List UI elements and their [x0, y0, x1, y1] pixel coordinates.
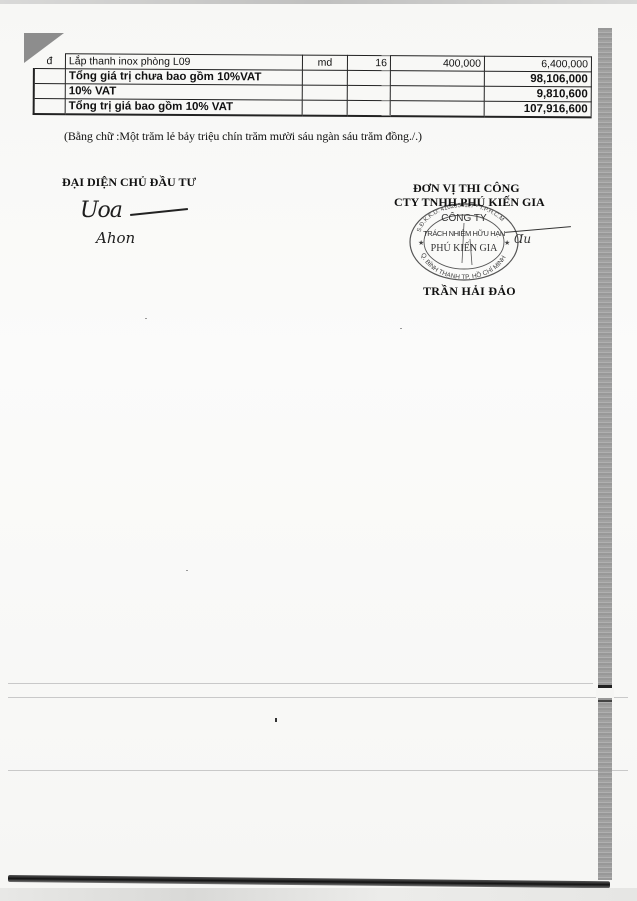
scan-speck [400, 328, 402, 329]
scan-bottom-shade [0, 888, 637, 901]
owner-representative-title: ĐẠI DIỆN CHỦ ĐẦU TƯ [62, 175, 196, 190]
row-quantity [347, 70, 390, 85]
scan-bar-mark [598, 685, 612, 688]
scan-speck [145, 318, 147, 319]
scan-bar-gap [596, 688, 614, 698]
cost-table: đLắp thanh inox phòng L09md16400,0006,40… [33, 53, 592, 118]
row-quantity [347, 85, 390, 100]
stamp-line-name: PHÚ KIẾN GIA [408, 241, 520, 256]
row-amount: 107,916,600 [484, 101, 591, 117]
row-description: Lắp thanh inox phòng L09 [65, 54, 302, 70]
row-index [34, 69, 66, 84]
row-unit [302, 70, 347, 85]
owner-signature: Uoa [80, 198, 122, 223]
row-unit [302, 100, 347, 116]
row-amount: 6,400,000 [484, 56, 591, 72]
row-unit [302, 85, 347, 100]
row-quantity: 16 [347, 55, 390, 70]
row-unit-price [390, 101, 484, 117]
row-index [34, 84, 66, 99]
row-unit-price [390, 86, 484, 102]
row-index: đ [34, 54, 66, 69]
amount-in-words: (Bằng chữ :Một trăm lẻ bảy triệu chín tr… [64, 129, 422, 144]
table-row: Tổng trị giá bao gồm 10% VAT107,916,600 [34, 99, 592, 118]
scan-artifact-line [8, 770, 628, 771]
scan-bar-mark [598, 700, 612, 702]
row-index [34, 99, 66, 115]
svg-text:Q. BÌNH THẠNH TP. HỒ CHÍ MINH: Q. BÌNH THẠNH TP. HỒ CHÍ MINH [419, 252, 508, 281]
row-amount: 9,810,600 [484, 86, 591, 102]
owner-signature-name: Ahon [96, 229, 135, 247]
stamp-line-company: CÔNG TY [408, 211, 520, 226]
scan-artifact-line [8, 697, 628, 698]
row-description: Tổng trị giá bao gồm 10% VAT [65, 99, 302, 116]
stamp-line-type: TRÁCH NHIỆM HỮU HẠN [408, 226, 520, 241]
contractor-representative-name: TRẦN HẢI ĐẢO [423, 284, 516, 299]
contractor-title: ĐƠN VỊ THI CÔNG [413, 181, 520, 196]
scan-bottom-edge-bar [8, 875, 610, 888]
scan-speck [186, 570, 188, 571]
company-stamp: ★ ★ Q. BÌNH THẠNH TP. HỒ CHÍ MINH S.Đ.K.… [408, 203, 520, 281]
row-unit-price [390, 71, 484, 87]
owner-signature-stroke [130, 208, 188, 216]
row-quantity [347, 100, 390, 116]
contractor-signature: Ɑu [514, 232, 531, 246]
row-description: 10% VAT [65, 84, 302, 100]
row-unit: md [302, 55, 347, 70]
scan-artifact-line [8, 683, 593, 684]
row-amount: 98,106,000 [484, 71, 591, 87]
row-unit-price: 400,000 [390, 56, 484, 72]
scan-right-edge-bar [598, 28, 612, 880]
row-description: Tổng giá trị chưa bao gồm 10%VAT [65, 69, 302, 85]
scanned-page: đLắp thanh inox phòng L09md16400,0006,40… [0, 0, 637, 901]
contractor-company: CTY TNHH PHÚ KIẾN GIA [394, 195, 545, 210]
scan-speck [275, 718, 277, 722]
scan-top-edge [0, 0, 637, 4]
